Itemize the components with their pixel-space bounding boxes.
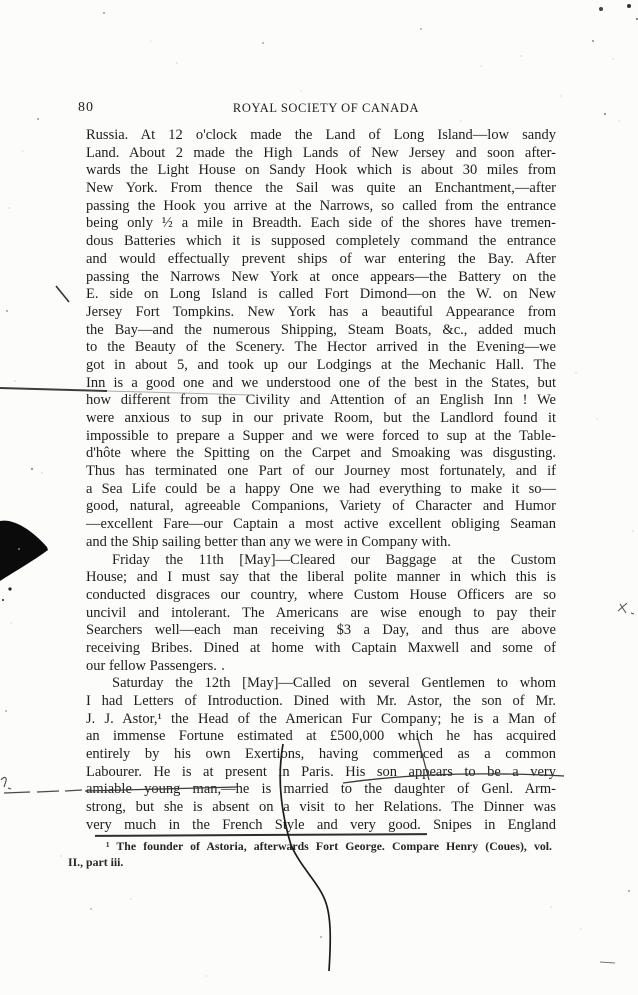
footnote-line: II., part iii. — [68, 855, 552, 871]
body-text-line: New York. From thence the Sail was quite… — [86, 180, 556, 198]
body-text-line: got in about 5, and took up our Lodgings… — [86, 357, 556, 375]
body-text-line: impossible to prepare a Supper and we we… — [86, 428, 556, 446]
body-text-line: —excellent Fare—our Captain a most activ… — [86, 516, 556, 534]
body-text-line: amiable young man,—he is married to the … — [86, 781, 556, 799]
body-text-block: Russia. At 12 o'clock made the Land of L… — [86, 127, 556, 835]
body-text-line: Inn is a good one and we understood one … — [86, 375, 556, 393]
right-margin-squiggle-artifact — [618, 603, 634, 614]
body-text-line: being only ½ a mile in Breadth. Each sid… — [86, 215, 556, 233]
body-text-line: d'hôte where the Spitting on the Carpet … — [86, 445, 556, 463]
body-text-line: to the Beauty of the Scenery. The Hector… — [86, 339, 556, 357]
running-title: ROYAL SOCIETY OF CANADA — [233, 101, 419, 116]
body-text-line: Searchers well—each man receiving $3 a D… — [86, 622, 556, 640]
page-header: 80 ROYAL SOCIETY OF CANADA — [0, 100, 638, 120]
page-number: 80 — [78, 100, 94, 116]
body-text-line: Jersey Fort Tompkins. New York has a bea… — [86, 304, 556, 322]
backslash-mark-artifact — [56, 286, 69, 302]
body-text-line: strong, but she is absent on a visit to … — [86, 799, 556, 817]
footnote-block: ¹ The founder of Astoria, afterwards For… — [68, 839, 552, 870]
footnote-rule — [95, 833, 427, 836]
body-text-line: an immense Fortune estimated at £500,000… — [86, 728, 556, 746]
margin-mark-artifact — [1, 777, 11, 789]
ink-dot-artifact — [8, 587, 11, 590]
body-text-line: I had Letters of Introduction. Dined wit… — [86, 693, 556, 711]
ink-dot-artifact — [2, 599, 4, 601]
body-text-line: J. J. Astor,¹ the Head of the American F… — [86, 711, 556, 729]
scan-speckles — [0, 0, 2, 2]
body-text-line: our fellow Passengers. — [86, 658, 556, 676]
bottom-dash-artifact — [600, 962, 615, 963]
book-page-scan: 80 ROYAL SOCIETY OF CANADA Russia. At 12… — [0, 0, 638, 995]
body-text-line: good, natural, agreeable Companions, Var… — [86, 498, 556, 516]
body-text-line: very much in the French Style and very g… — [86, 817, 556, 835]
body-text-line: conducted disgraces our country, where C… — [86, 587, 556, 605]
body-text-line: were anxious to sup in our private Room,… — [86, 410, 556, 428]
body-text-line: a Sea Life could be a happy One we had e… — [86, 481, 556, 499]
body-text-line: wards the Light House on Sandy Hook whic… — [86, 162, 556, 180]
body-text-line: and the Ship sailing better than any we … — [86, 534, 556, 552]
footnote-line: ¹ The founder of Astoria, afterwards For… — [68, 839, 552, 855]
body-text-line: E. side on Long Island is called Fort Di… — [86, 286, 556, 304]
body-text-line: passing the Hook you arrive at the Narro… — [86, 198, 556, 216]
body-text-line: Saturday the 12th [May]—Called on severa… — [86, 675, 556, 693]
body-text-line: how different from the Civility and Atte… — [86, 392, 556, 410]
body-text-line: the Bay—and the numerous Shipping, Steam… — [86, 322, 556, 340]
body-text-line: House; and I must say that the liberal p… — [86, 569, 556, 587]
body-text-line: Labourer. He is at present in Paris. His… — [86, 764, 556, 782]
body-text-line: Russia. At 12 o'clock made the Land of L… — [86, 127, 556, 145]
body-text-line: dous Batteries which it is supposed comp… — [86, 233, 556, 251]
body-text-line: Land. About 2 made the High Lands of New… — [86, 145, 556, 163]
body-text-line: uncivil and intolerant. The Americans ar… — [86, 605, 556, 623]
ink-blob-artifact — [0, 521, 48, 581]
body-text-line: and would effectually prevent ships of w… — [86, 251, 556, 269]
body-text-line: receiving Bribes. Dined at home with Cap… — [86, 640, 556, 658]
body-text-line: Friday the 11th [May]—Cleared our Baggag… — [86, 552, 556, 570]
pencil-dashes-artifact — [4, 790, 82, 793]
body-text-line: Thus has terminated one Part of our Jour… — [86, 463, 556, 481]
body-text-line: passing the Narrows New York at once app… — [86, 269, 556, 287]
body-text-line: entirely by his own Exertions, having co… — [86, 746, 556, 764]
